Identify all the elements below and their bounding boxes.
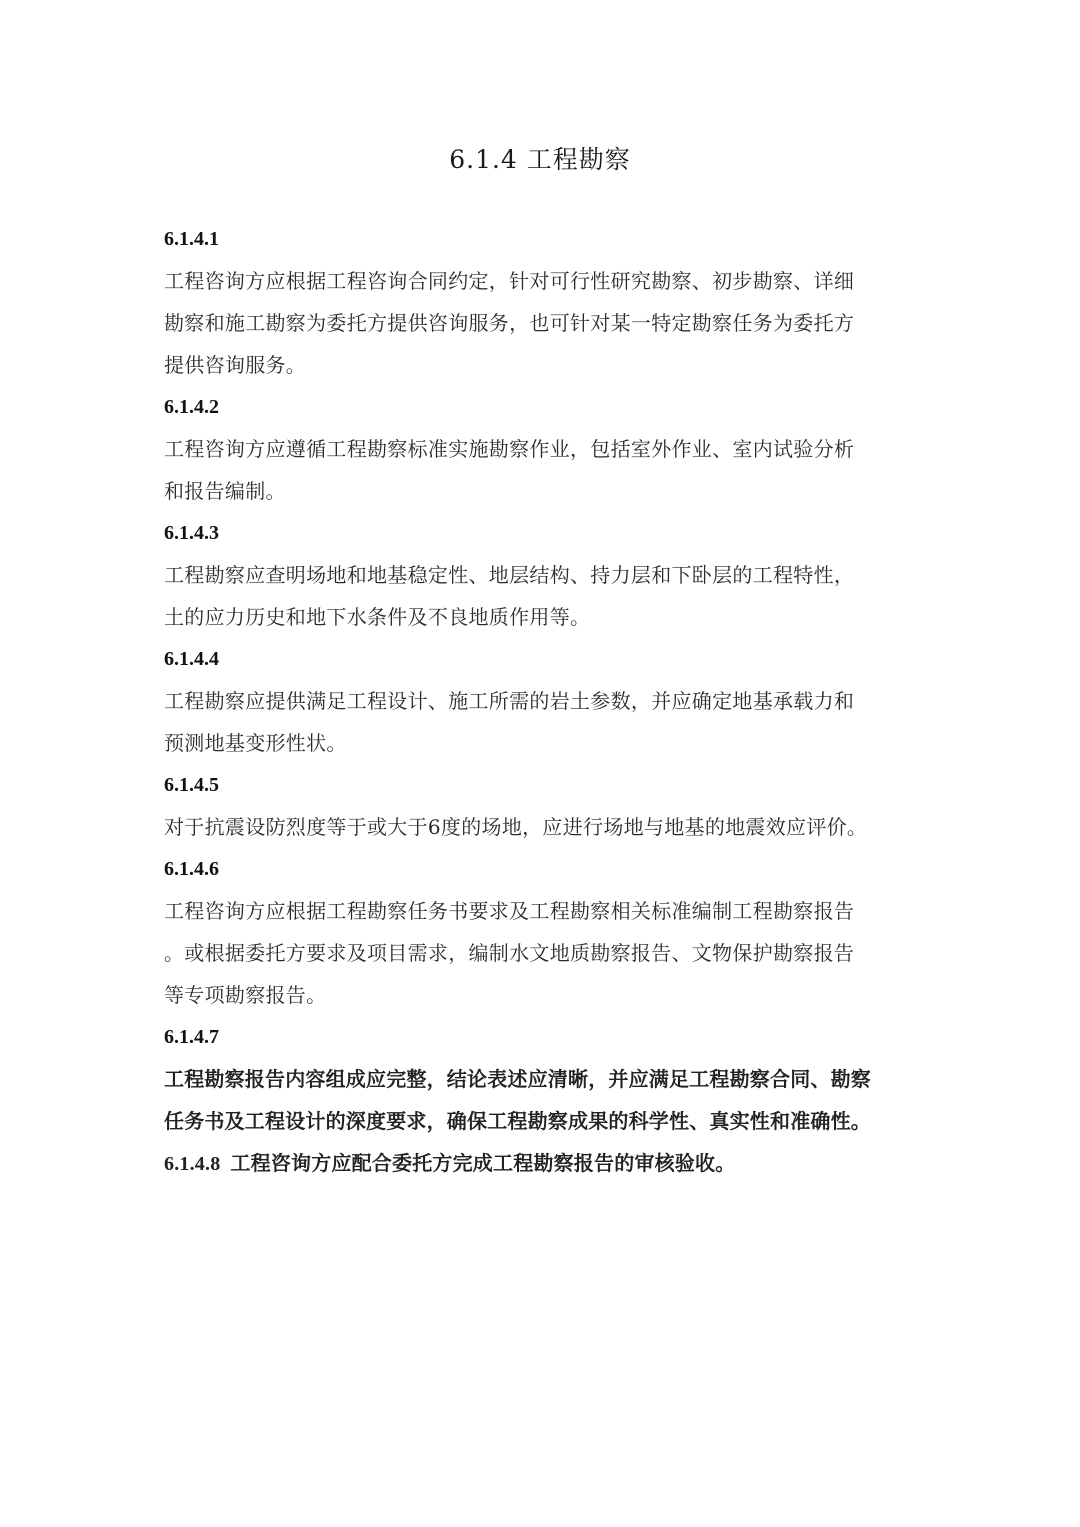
text-line: 对于抗震设防烈度等于或大于6度的场地，应进行场地与地基的地震效应评价。 — [164, 806, 914, 848]
clause-text: 对于抗震设防烈度等于或大于6度的场地，应进行场地与地基的地震效应评价。 — [164, 806, 914, 848]
clause-inline-text: 工程咨询方应配合委托方完成工程勘察报告的审核验收。 — [230, 1151, 735, 1175]
clause-number: 6.1.4.2 — [164, 386, 914, 428]
section-content: 6.1.4.1 工程咨询方应根据工程咨询合同约定，针对可行性研究勘察、初步勘察、… — [164, 218, 914, 1185]
clause-number: 6.1.4.7 — [164, 1016, 914, 1058]
clause-number: 6.1.4.3 — [164, 512, 914, 554]
clause-number: 6.1.4.5 — [164, 764, 914, 806]
text-line: 提供咨询服务。 — [164, 344, 914, 386]
text-line: 工程咨询方应根据工程咨询合同约定，针对可行性研究勘察、初步勘察、详细 — [164, 260, 914, 302]
text-line: 6.1.4.8工程咨询方应配合委托方完成工程勘察报告的审核验收。 — [164, 1142, 914, 1185]
clause-6-1-4-3: 6.1.4.3 工程勘察应查明场地和地基稳定性、地层结构、持力层和下卧层的工程特… — [164, 512, 914, 638]
text-line: 和报告编制。 — [164, 470, 914, 512]
text-line: 任务书及工程设计的深度要求，确保工程勘察成果的科学性、真实性和准确性。 — [164, 1100, 914, 1142]
text-line: 土的应力历史和地下水条件及不良地质作用等。 — [164, 596, 914, 638]
text-line: 工程勘察报告内容组成应完整，结论表述应清晰，并应满足工程勘察合同、勘察 — [164, 1058, 914, 1100]
text-line: 工程勘察应提供满足工程设计、施工所需的岩土参数，并应确定地基承载力和 — [164, 680, 914, 722]
clause-text: 工程勘察应提供满足工程设计、施工所需的岩土参数，并应确定地基承载力和 预测地基变… — [164, 680, 914, 764]
text-line: 预测地基变形性状。 — [164, 722, 914, 764]
clause-text: 工程咨询方应根据工程咨询合同约定，针对可行性研究勘察、初步勘察、详细 勘察和施工… — [164, 260, 914, 386]
clause-text: 工程咨询方应根据工程勘察任务书要求及工程勘察相关标准编制工程勘察报告 。或根据委… — [164, 890, 914, 1016]
text-line: 等专项勘察报告。 — [164, 974, 914, 1016]
clause-6-1-4-1: 6.1.4.1 工程咨询方应根据工程咨询合同约定，针对可行性研究勘察、初步勘察、… — [164, 218, 914, 386]
clause-number: 6.1.4.8 — [164, 1153, 220, 1175]
clause-6-1-4-2: 6.1.4.2 工程咨询方应遵循工程勘察标准实施勘察作业，包括室外作业、室内试验… — [164, 386, 914, 512]
clause-number: 6.1.4.1 — [164, 218, 914, 260]
clause-text: 6.1.4.8工程咨询方应配合委托方完成工程勘察报告的审核验收。 — [164, 1142, 914, 1185]
text-line: 勘察和施工勘察为委托方提供咨询服务，也可针对某一特定勘察任务为委托方 — [164, 302, 914, 344]
document-page: 6.1.4 工程勘察 6.1.4.1 工程咨询方应根据工程咨询合同约定，针对可行… — [0, 0, 1080, 1527]
text-line: 工程咨询方应根据工程勘察任务书要求及工程勘察相关标准编制工程勘察报告 — [164, 890, 914, 932]
clause-6-1-4-5: 6.1.4.5 对于抗震设防烈度等于或大于6度的场地，应进行场地与地基的地震效应… — [164, 764, 914, 848]
clause-6-1-4-6: 6.1.4.6 工程咨询方应根据工程勘察任务书要求及工程勘察相关标准编制工程勘察… — [164, 848, 914, 1016]
clause-text: 工程勘察应查明场地和地基稳定性、地层结构、持力层和下卧层的工程特性， 土的应力历… — [164, 554, 914, 638]
clause-text: 工程勘察报告内容组成应完整，结论表述应清晰，并应满足工程勘察合同、勘察 任务书及… — [164, 1058, 914, 1142]
clause-number: 6.1.4.6 — [164, 848, 914, 890]
section-title: 6.1.4 工程勘察 — [0, 140, 1080, 176]
text-line: 工程咨询方应遵循工程勘察标准实施勘察作业，包括室外作业、室内试验分析 — [164, 428, 914, 470]
clause-text: 工程咨询方应遵循工程勘察标准实施勘察作业，包括室外作业、室内试验分析 和报告编制… — [164, 428, 914, 512]
clause-number: 6.1.4.4 — [164, 638, 914, 680]
clause-6-1-4-8: 6.1.4.8工程咨询方应配合委托方完成工程勘察报告的审核验收。 — [164, 1142, 914, 1185]
text-line: 工程勘察应查明场地和地基稳定性、地层结构、持力层和下卧层的工程特性， — [164, 554, 914, 596]
clause-6-1-4-7: 6.1.4.7 工程勘察报告内容组成应完整，结论表述应清晰，并应满足工程勘察合同… — [164, 1016, 914, 1142]
clause-6-1-4-4: 6.1.4.4 工程勘察应提供满足工程设计、施工所需的岩土参数，并应确定地基承载… — [164, 638, 914, 764]
text-line: 。或根据委托方要求及项目需求，编制水文地质勘察报告、文物保护勘察报告 — [164, 932, 914, 974]
